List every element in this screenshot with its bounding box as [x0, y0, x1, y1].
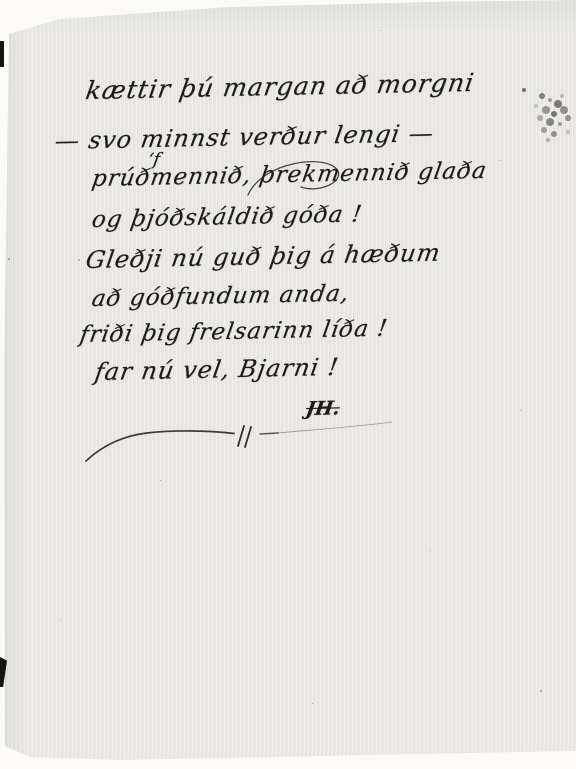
signature-flourish	[72, 416, 402, 466]
dust-speck	[312, 703, 313, 704]
film-edge-mark	[0, 41, 4, 67]
dust-speck	[520, 410, 521, 411]
ink-blot	[522, 88, 526, 92]
dust-speck	[60, 620, 61, 621]
dust-speck	[78, 259, 80, 261]
dust-speck	[160, 480, 161, 481]
dust-speck	[500, 160, 501, 161]
dust-speck	[430, 550, 431, 551]
pen-loop-flourish	[243, 153, 353, 198]
handwriting-line-8: far nú vel, Bjarni !	[93, 353, 341, 386]
handwriting-line-6: að góðfundum anda,	[90, 281, 351, 312]
manuscript-page	[0, 0, 576, 769]
dust-speck	[8, 258, 10, 260]
dust-speck	[380, 30, 381, 31]
dust-speck	[540, 690, 542, 692]
